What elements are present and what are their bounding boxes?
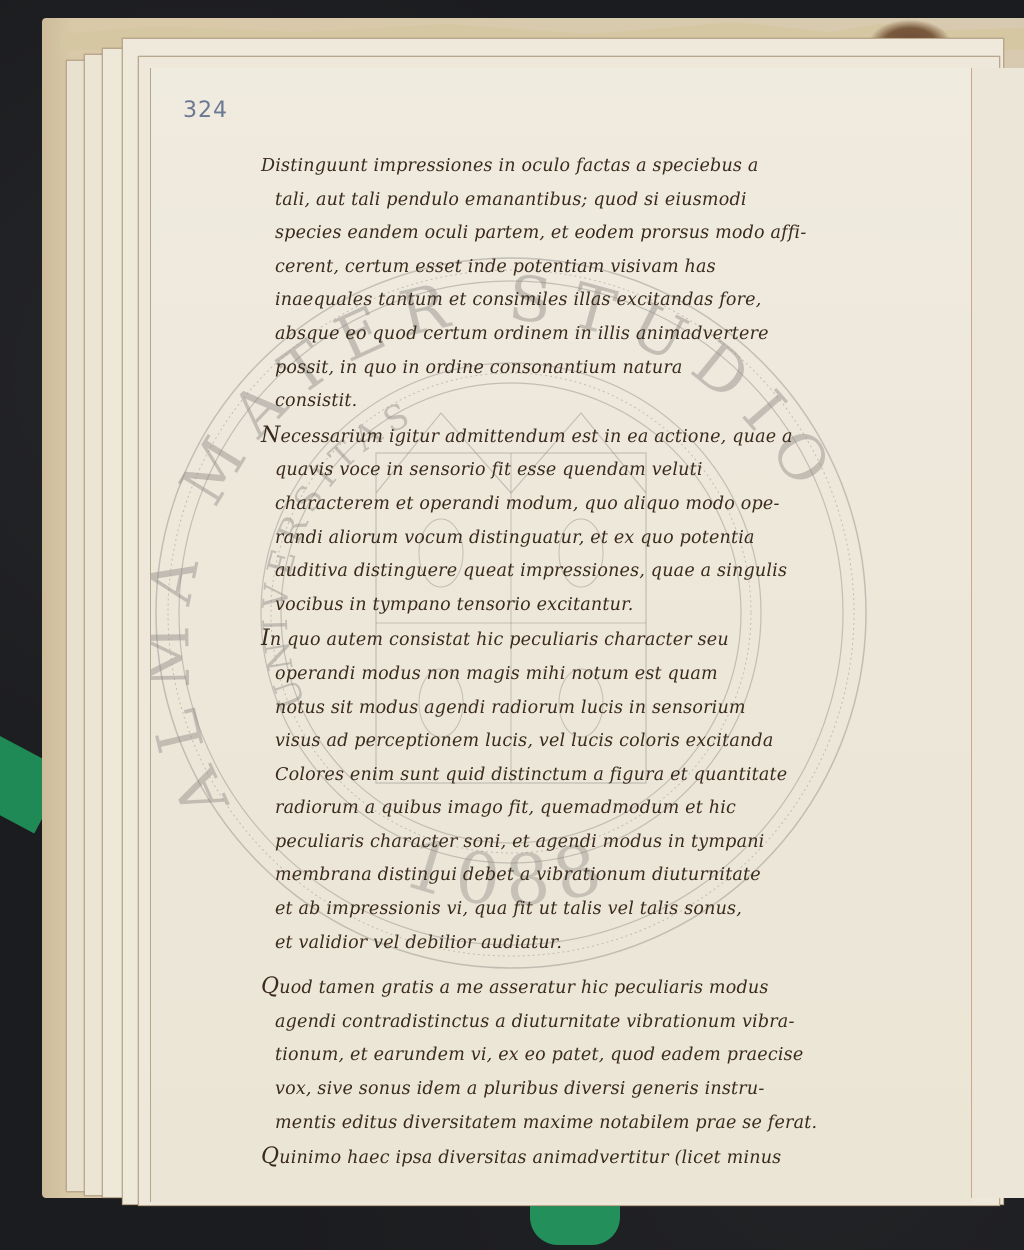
manuscript-line: notus sit modus agendi radiorum lucis in… [261, 692, 901, 726]
manuscript-line: possit, in quo in ordine consonantium na… [261, 352, 901, 386]
manuscript-line: membrana distingui debet a vibrationum d… [261, 859, 901, 893]
manuscript-line: Distinguunt impressiones in oculo factas… [261, 150, 901, 184]
manuscript-line: Colores enim sunt quid distinctum a figu… [261, 759, 901, 793]
manuscript-line: characterem et operandi modum, quo aliqu… [261, 488, 901, 522]
manuscript-line: species eandem oculi partem, et eodem pr… [261, 217, 901, 251]
green-archive-tab-bottom [530, 1205, 620, 1245]
manuscript-line: et ab impressionis vi, qua fit ut talis … [261, 893, 901, 927]
manuscript-line: inaequales tantum et consimiles illas ex… [261, 284, 901, 318]
manuscript-text: Distinguunt impressiones in oculo factas… [261, 150, 901, 1176]
manuscript-line: agendi contradistinctus a diuturnitate v… [261, 1006, 901, 1040]
manuscript-line: peculiaris character soni, et agendi mod… [261, 826, 901, 860]
manuscript-line: cerent, certum esset inde potentiam visi… [261, 251, 901, 285]
manuscript-line: auditiva distinguere queat impressiones,… [261, 555, 901, 589]
manuscript-line: operandi modus non magis mihi notum est … [261, 658, 901, 692]
manuscript-line: vox, sive sonus idem a pluribus diversi … [261, 1073, 901, 1107]
manuscript-line: absque eo quod certum ordinem in illis a… [261, 318, 901, 352]
manuscript-line: Quinimo haec ipsa diversitas animadverti… [261, 1140, 901, 1176]
facing-page-edge [970, 68, 1024, 1198]
folio-number: 324 [183, 98, 228, 123]
manuscript-line: Necessarium igitur admittendum est in ea… [261, 419, 901, 455]
manuscript-line: et validior vel debilior audiatur. [261, 927, 901, 961]
manuscript-line: In quo autem consistat hic peculiaris ch… [261, 622, 901, 658]
manuscript-line: vocibus in tympano tensorio excitantur. [261, 589, 901, 623]
manuscript-line: randi aliorum vocum distinguatur, et ex … [261, 522, 901, 556]
manuscript-line: mentis editus diversitatem maxime notabi… [261, 1107, 901, 1141]
manuscript-line: visus ad perceptionem lucis, vel lucis c… [261, 725, 901, 759]
manuscript-line: tionum, et earundem vi, ex eo patet, quo… [261, 1039, 901, 1073]
manuscript-line: tali, aut tali pendulo emanantibus; quod… [261, 184, 901, 218]
manuscript-line: Quod tamen gratis a me asseratur hic pec… [261, 970, 901, 1006]
manuscript-line: quavis voce in sensorio fit esse quendam… [261, 454, 901, 488]
manuscript-line: consistit. [261, 385, 901, 419]
manuscript-line: radiorum a quibus imago fit, quemadmodum… [261, 792, 901, 826]
manuscript-page: 324 [150, 68, 971, 1202]
